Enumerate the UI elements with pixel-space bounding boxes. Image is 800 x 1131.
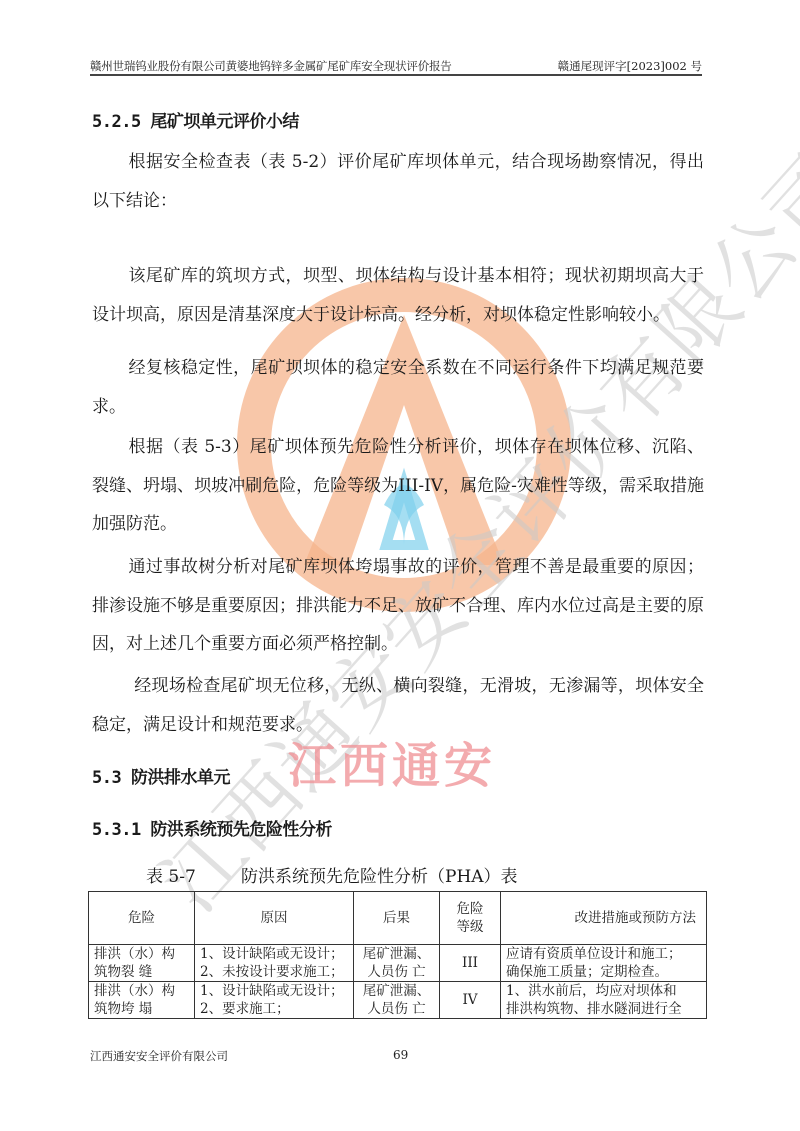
table-title: 防洪系统预先危险性分析（PHA）表 [241,867,518,887]
table-number: 表 5-7 [146,862,241,887]
table-caption: 表 5-7防洪系统预先危险性分析（PHA）表 [146,862,518,887]
header-divider [90,74,702,76]
cell-measures: 1、洪水前后，均应对坝体和排洪构筑物、排水隧洞进行全 [501,982,707,1019]
cell-level: IV [440,982,501,1019]
cell-consequence: 尾矿泄漏、人员伤 亡 [354,982,440,1019]
cell-level: III [440,945,501,982]
cell-consequence: 尾矿泄漏、人员伤 亡 [354,945,440,982]
cell-measures: 应请有资质单位设计和施工；确保施工质量；定期检查。 [501,945,707,982]
column-header-hazard: 危险 [89,892,195,945]
page-number: 69 [393,1048,408,1062]
paragraph-2: 该尾矿库的筑坝方式，坝型、坝体结构与设计基本相符；现状初期坝高大于设计坝高，原因… [92,257,704,334]
cell-hazard: 排洪（水）构筑物裂 缝 [89,945,195,982]
column-header-cause: 原因 [195,892,354,945]
paragraph-6: 经现场检查尾矿坝无位移，无纵、横向裂缝，无滑坡，无渗漏等，坝体安全稳定，满足设计… [92,667,704,744]
table-row: 排洪（水）构筑物垮 塌 1、设计缺陷或无设计；2、要求施工； 尾矿泄漏、人员伤 … [89,982,707,1019]
table-row: 排洪（水）构筑物裂 缝 1、设计缺陷或无设计；2、未按设计要求施工； 尾矿泄漏、… [89,945,707,982]
column-header-measures: 改进措施或预防方法 [501,892,707,945]
cell-cause: 1、设计缺陷或无设计；2、未按设计要求施工； [195,945,354,982]
paragraph-1: 根据安全检查表（表 5-2）评价尾矿库坝体单元，结合现场勘察情况，得出以下结论： [92,143,704,220]
section-heading-5-2-5: 5.2.5 尾矿坝单元评价小结 [92,107,299,132]
report-number: 赣通尾现评字[2023]002 号 [558,58,702,74]
cell-hazard: 排洪（水）构筑物垮 塌 [89,982,195,1019]
document-page: 江西通安安全评价有限公司 赣州世瑞钨业股份有限公司黄婆地钨锌多金属矿尾矿库安全现… [0,0,800,1131]
pha-table: 危险 原因 后果 危险等级 改进措施或预防方法 排洪（水）构筑物裂 缝 1、设计… [88,891,707,1019]
paragraph-3: 经复核稳定性，尾矿坝坝体的稳定安全系数在不同运行条件下均满足规范要求。 [92,349,704,426]
paragraph-4: 根据（表 5-3）尾矿坝体预先危险性分析评价，坝体存在坝体位移、沉陷、裂缝、坍塌… [92,428,704,544]
column-header-consequence: 后果 [354,892,440,945]
section-heading-5-3-1: 5.3.1 防洪系统预先危险性分析 [92,815,332,840]
footer-company: 江西通安安全评价有限公司 [90,1048,228,1064]
section-heading-5-3: 5.3 防洪排水单元 [92,763,230,788]
cell-cause: 1、设计缺陷或无设计；2、要求施工； [195,982,354,1019]
column-header-level: 危险等级 [440,892,501,945]
paragraph-5: 通过事故树分析对尾矿库坝体垮塌事故的评价，管理不善是最重要的原因；排渗设施不够是… [92,548,704,664]
table-header-row: 危险 原因 后果 危险等级 改进措施或预防方法 [89,892,707,945]
report-title: 赣州世瑞钨业股份有限公司黄婆地钨锌多金属矿尾矿库安全现状评价报告 [90,58,452,74]
